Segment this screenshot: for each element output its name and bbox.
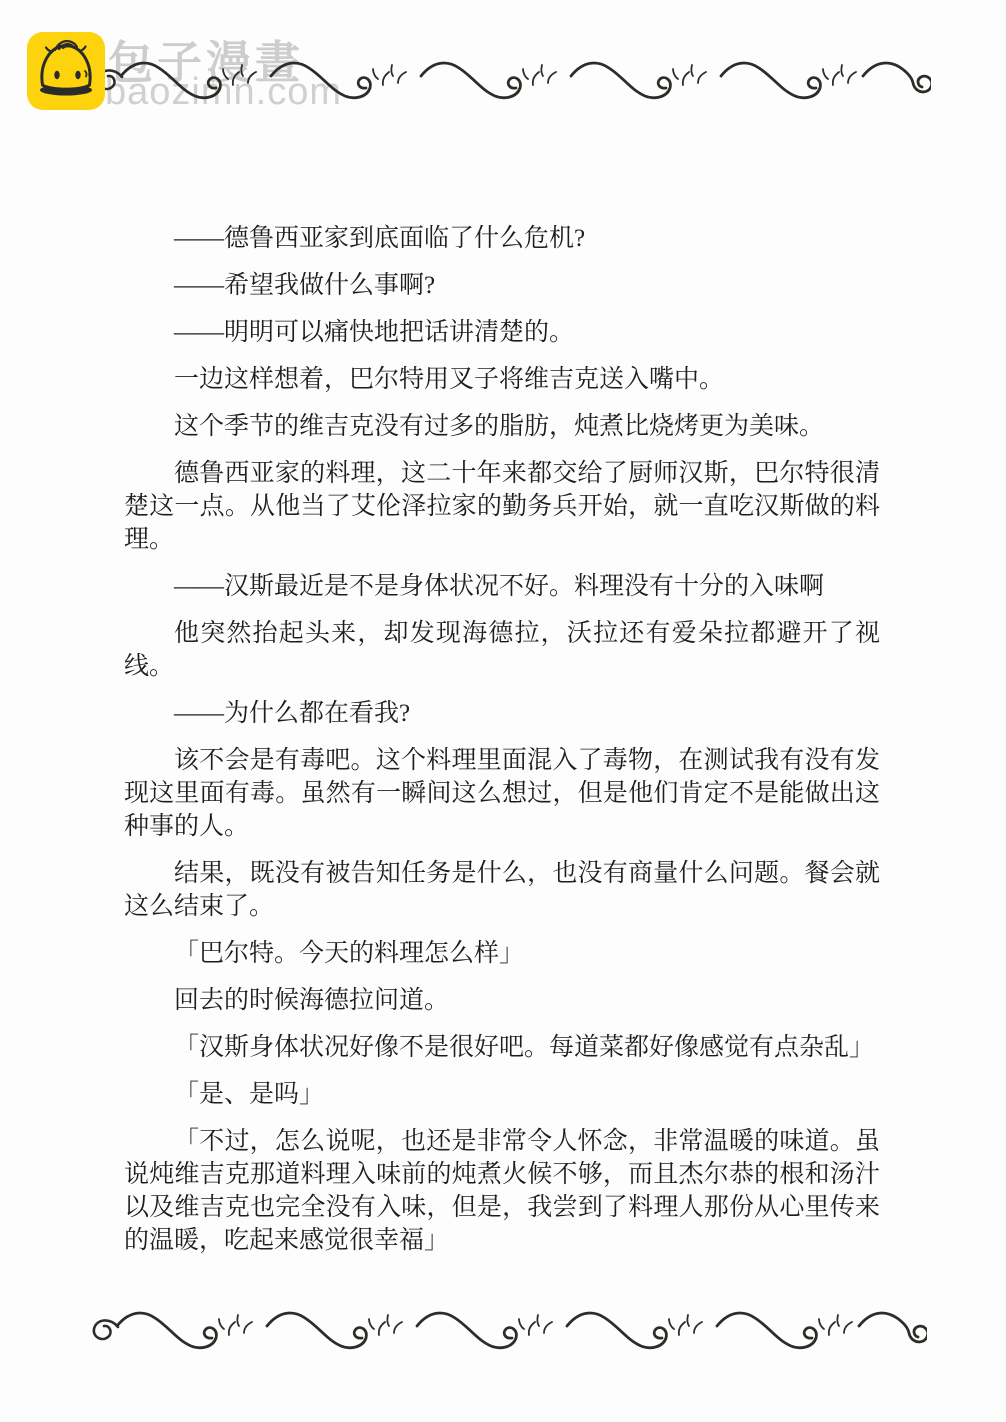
- novel-paragraph: ——德鲁西亚家到底面临了什么危机?: [124, 222, 880, 255]
- novel-page: 包子漫畫 baozimn.com: [0, 0, 1006, 1422]
- novel-paragraph: 「是、是吗」: [124, 1078, 880, 1111]
- novel-paragraph: 这个季节的维吉克没有过多的脂肪，炖煮比烧烤更为美味。: [124, 410, 880, 443]
- novel-paragraph: ——明明可以痛快地把话讲清楚的。: [124, 316, 880, 349]
- baozi-bun-icon: [27, 32, 105, 110]
- novel-paragraph: 他突然抬起头来，却发现海德拉，沃拉还有爱朵拉都避开了视线。: [124, 617, 880, 683]
- novel-paragraph: ——汉斯最近是不是身体状况不好。料理没有十分的入味啊: [124, 570, 880, 603]
- novel-paragraph: 该不会是有毒吧。这个料理里面混入了毒物，在测试我有没有发现这里面有毒。虽然有一瞬…: [124, 744, 880, 843]
- novel-paragraph: 回去的时候海德拉问道。: [124, 984, 880, 1017]
- novel-paragraph: 「巴尔特。今天的料理怎么样」: [124, 937, 880, 970]
- baozi-logo: [27, 32, 105, 110]
- novel-paragraph: ——希望我做什么事啊?: [124, 269, 880, 302]
- ornamental-divider-top-icon: [86, 56, 931, 112]
- novel-paragraph: ——为什么都在看我?: [124, 697, 880, 730]
- novel-paragraph: 德鲁西亚家的料理，这二十年来都交给了厨师汉斯，巴尔特很清楚这一点。从他当了艾伦泽…: [124, 457, 880, 556]
- novel-paragraph: 「不过，怎么说呢，也还是非常令人怀念，非常温暖的味道。虽说炖维吉克那道料理入味前…: [124, 1125, 880, 1257]
- novel-paragraph: 一边这样想着，巴尔特用叉子将维吉克送入嘴中。: [124, 363, 880, 396]
- ornamental-divider-bottom-icon: [82, 1306, 927, 1362]
- novel-text: ——德鲁西亚家到底面临了什么危机? ——希望我做什么事啊? ——明明可以痛快地把…: [124, 222, 880, 1271]
- novel-paragraph: 「汉斯身体状况好像不是很好吧。每道菜都好像感觉有点杂乱」: [124, 1031, 880, 1064]
- novel-paragraph: 结果，既没有被告知任务是什么，也没有商量什么问题。餐会就这么结束了。: [124, 857, 880, 923]
